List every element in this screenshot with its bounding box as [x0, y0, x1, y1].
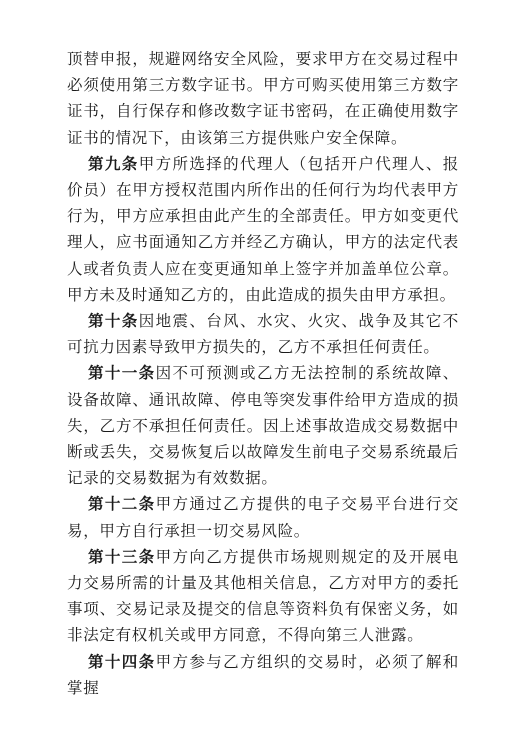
- contract-paragraph: 第十二条甲方通过乙方提供的电子交易平台进行交易，甲方自行承担一切交易风险。: [67, 491, 459, 543]
- paragraph-text: 因不可预测或乙方无法控制的系统故障、设备故障、通讯故障、停电等突发事件给甲方造成…: [67, 364, 459, 487]
- document-body: 顶替申报，规避网络安全风险，要求甲方在交易过程中必须使用第三方数字证书。甲方可购…: [67, 46, 459, 701]
- contract-paragraph: 第十四条甲方参与乙方组织的交易时，必须了解和掌握: [67, 649, 459, 701]
- paragraph-text: 顶替申报，规避网络安全风险，要求甲方在交易过程中必须使用第三方数字证书。甲方可购…: [67, 50, 459, 147]
- article-number-label: 第十条: [88, 312, 139, 330]
- article-number-label: 第十二条: [88, 495, 156, 513]
- article-number-label: 第十一条: [88, 364, 156, 382]
- document-page: 顶替申报，规避网络安全风险，要求甲方在交易过程中必须使用第三方数字证书。甲方可购…: [0, 0, 522, 731]
- contract-paragraph: 第九条甲方所选择的代理人（包括开户代理人、报价员）在甲方授权范围内所作出的任何行…: [67, 151, 459, 308]
- contract-paragraph: 顶替申报，规避网络安全风险，要求甲方在交易过程中必须使用第三方数字证书。甲方可购…: [67, 46, 459, 151]
- article-number-label: 第九条: [88, 155, 139, 173]
- contract-paragraph: 第十一条因不可预测或乙方无法控制的系统故障、设备故障、通讯故障、停电等突发事件给…: [67, 360, 459, 491]
- article-number-label: 第十三条: [88, 548, 156, 566]
- paragraph-text: 甲方所选择的代理人（包括开户代理人、报价员）在甲方授权范围内所作出的任何行为均代…: [67, 155, 459, 304]
- contract-paragraph: 第十条因地震、台风、水灾、火灾、战争及其它不可抗力因素导致甲方损失的，乙方不承担…: [67, 308, 459, 360]
- contract-paragraph: 第十三条甲方向乙方提供市场规则规定的及开展电力交易所需的计量及其他相关信息，乙方…: [67, 544, 459, 649]
- article-number-label: 第十四条: [88, 653, 156, 671]
